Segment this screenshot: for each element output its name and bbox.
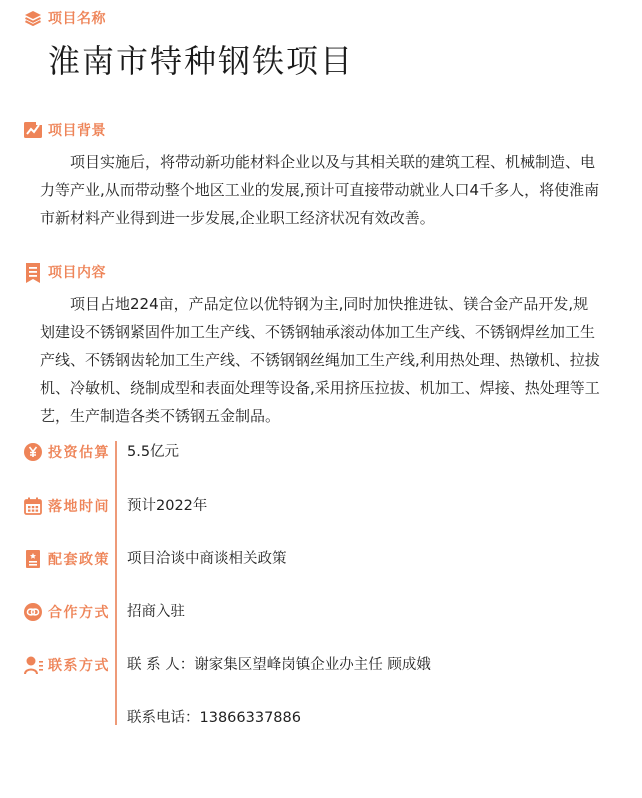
detail-value: 项目洽谈中商谈相关政策 bbox=[127, 547, 287, 571]
project-title: 淮南市特种钢铁项目 bbox=[48, 36, 354, 82]
detail-row-contact: 联系方式 联 系 人：谢家集区望峰岗镇企业办主任 顾成娥 bbox=[0, 653, 642, 677]
detail-row-contact-phone: 联系电话：13866337886 bbox=[0, 706, 642, 730]
trend-chart-icon bbox=[24, 121, 42, 139]
background-header: 项目背景 bbox=[24, 120, 106, 140]
detail-row-policy: 配套政策 项目洽谈中商谈相关政策 bbox=[0, 547, 642, 571]
link-icon bbox=[24, 603, 42, 621]
project-name-header: 项目名称 bbox=[24, 8, 106, 28]
layers-icon bbox=[24, 9, 42, 27]
project-name-label: 项目名称 bbox=[48, 8, 106, 28]
detail-label: 配套政策 bbox=[48, 549, 110, 569]
detail-row-investment: 投资估算 5.5亿元 bbox=[0, 440, 642, 464]
detail-value: 预计2022年 bbox=[127, 494, 207, 518]
document-icon bbox=[24, 263, 42, 281]
contact-phone: 联系电话：13866337886 bbox=[127, 706, 301, 730]
content-label: 项目内容 bbox=[48, 262, 106, 282]
detail-row-cooperation: 合作方式 招商入驻 bbox=[0, 600, 642, 624]
content-header: 项目内容 bbox=[24, 262, 106, 282]
detail-label: 落地时间 bbox=[48, 496, 110, 516]
contact-person: 联 系 人：谢家集区望峰岗镇企业办主任 顾成娥 bbox=[127, 653, 431, 677]
policy-icon bbox=[24, 550, 42, 568]
detail-value: 招商入驻 bbox=[127, 600, 185, 624]
background-label: 项目背景 bbox=[48, 120, 106, 140]
yuan-icon bbox=[24, 443, 42, 461]
detail-label: 联系方式 bbox=[48, 655, 110, 675]
background-text: 项目实施后，将带动新功能材料企业以及与其相关联的建筑工程、机械制造、电力等产业,… bbox=[40, 148, 600, 232]
detail-label: 投资估算 bbox=[48, 442, 110, 462]
contact-icon bbox=[24, 656, 42, 674]
detail-value: 5.5亿元 bbox=[127, 440, 179, 464]
content-text: 项目占地224亩，产品定位以优特钢为主,同时加快推进钛、镁合金产品开发,规划建设… bbox=[40, 290, 600, 430]
detail-row-landing-time: 落地时间 预计2022年 bbox=[0, 494, 642, 518]
vertical-divider bbox=[115, 441, 117, 725]
calendar-icon bbox=[24, 497, 42, 515]
detail-label: 合作方式 bbox=[48, 602, 110, 622]
